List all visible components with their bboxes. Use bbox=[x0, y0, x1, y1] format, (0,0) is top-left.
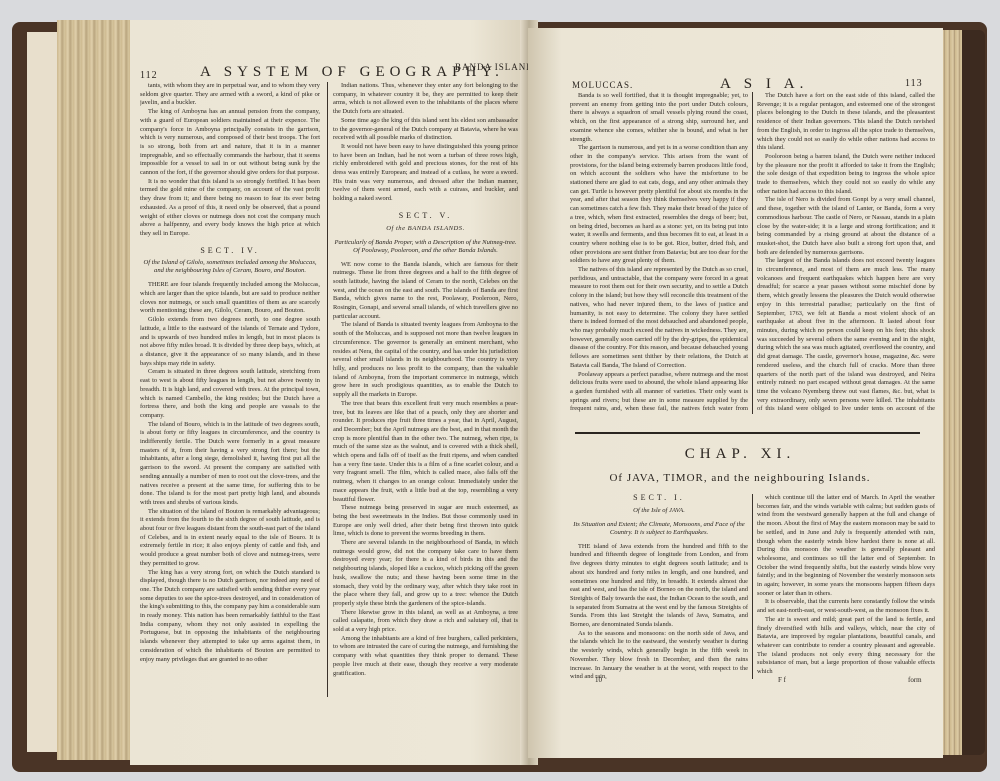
paragraph: The island of Banda is situated twenty l… bbox=[333, 321, 518, 399]
paragraph: The island of Bouro, which is in the lat… bbox=[140, 421, 320, 508]
signature-mark: F f bbox=[778, 676, 786, 684]
paragraph: WE now come to the Banda islands, which … bbox=[333, 261, 518, 322]
left-page-number: 112 bbox=[140, 70, 158, 81]
right-page-column-3: SECT. I. Of the Isle of JAVA. Its Situat… bbox=[570, 494, 748, 679]
paragraph: As to the seasons and monsoons: on the n… bbox=[570, 630, 748, 679]
paragraph: It would not have been easy to have dist… bbox=[333, 143, 518, 204]
right-page-column-2: The Dutch have a fort on the east side o… bbox=[757, 92, 935, 414]
paragraph: The isle of Nero is divided from Gonpi b… bbox=[757, 196, 935, 257]
left-page-column-1: tants, with whom they are in perpetual w… bbox=[140, 82, 320, 732]
paragraph: The air is sweet and mild; great part of… bbox=[757, 616, 935, 677]
paragraph: It is no wonder that this island is so s… bbox=[140, 178, 320, 239]
paragraph: It is observable, that the currents here… bbox=[757, 598, 935, 615]
paragraph: The natives of this island are represent… bbox=[570, 266, 748, 370]
right-running-section: MOLUCCAS. bbox=[572, 80, 633, 90]
column-rule bbox=[752, 92, 753, 414]
paragraph: These nutmegs being preserved in sugar a… bbox=[333, 504, 518, 539]
right-page-column-4: which continue till the latter end of Ma… bbox=[757, 494, 935, 679]
catchword: form bbox=[908, 676, 922, 684]
paragraph: Indian nations. Thus, whenever they ente… bbox=[333, 82, 518, 117]
right-page-number: 113 bbox=[905, 78, 923, 89]
chapter-title: Of JAVA, TIMOR, and the neighbouring Isl… bbox=[545, 472, 935, 484]
signature-mark: 10 bbox=[595, 676, 602, 684]
page-edges-right bbox=[940, 30, 962, 755]
paragraph: Poolaway appears a perfect paradise, whe… bbox=[570, 371, 748, 415]
chapter-rule bbox=[575, 432, 920, 434]
paragraph: The largest of the Banda islands does no… bbox=[757, 257, 935, 414]
section-title: Of the BANDA ISLANDS. bbox=[333, 225, 518, 233]
paragraph: The situation of the island of Bouton is… bbox=[140, 508, 320, 569]
paragraph: The garrison is numerous, and yet is in … bbox=[570, 144, 748, 266]
paragraph: Some time ago the king of this island se… bbox=[333, 117, 518, 143]
paragraph: Among the inhabitants are a kind of free… bbox=[333, 635, 518, 679]
paragraph: The king has a very strong fort, on whic… bbox=[140, 569, 320, 665]
section-heading: SECT. IV. bbox=[140, 247, 320, 256]
page-edges-left bbox=[57, 20, 135, 760]
section-subtitle: Particularly of Banda Proper, with a Des… bbox=[333, 239, 518, 255]
paragraph: tants, with whom they are in perpetual w… bbox=[140, 82, 320, 108]
paragraph: which continue till the latter end of Ma… bbox=[757, 494, 935, 598]
section-heading: SECT. I. bbox=[570, 494, 748, 503]
section-subtitle: Its Situation and Extent; the Climate, M… bbox=[570, 521, 748, 537]
paragraph: THERE are four islands frequently includ… bbox=[140, 281, 320, 316]
left-page-column-2: Indian nations. Thus, whenever they ente… bbox=[333, 82, 518, 697]
endpaper bbox=[27, 32, 59, 752]
chapter-heading: CHAP. XI. bbox=[545, 446, 935, 463]
column-rule bbox=[327, 82, 328, 697]
right-page-column-1: Banda is so well fortified, that it is t… bbox=[570, 92, 748, 414]
section-subtitle: Of the Island of Gilolo, sometimes inclu… bbox=[140, 259, 320, 275]
paragraph: THE island of Java extends from the hund… bbox=[570, 543, 748, 630]
paragraph: Banda is so well fortified, that it is t… bbox=[570, 92, 748, 144]
paragraph: There are several islands in the neighbo… bbox=[333, 539, 518, 609]
column-rule bbox=[752, 494, 753, 679]
right-running-title: A S I A. bbox=[720, 76, 808, 93]
paragraph: There likewise grow in this island, as w… bbox=[333, 609, 518, 635]
paragraph: Pooloroon being a barren island, the Dut… bbox=[757, 153, 935, 197]
section-heading: SECT. V. bbox=[333, 212, 518, 221]
paragraph: The tree that bears this excellent fruit… bbox=[333, 400, 518, 504]
paragraph: The Dutch have a fort on the east side o… bbox=[757, 92, 935, 153]
paragraph: Ceram is situated in three degrees south… bbox=[140, 368, 320, 420]
paragraph: Gilolo extends from two degrees north, t… bbox=[140, 316, 320, 368]
paragraph: The king of Amboyna has an annual pensio… bbox=[140, 108, 320, 178]
section-title: Of the Isle of JAVA. bbox=[570, 507, 748, 515]
